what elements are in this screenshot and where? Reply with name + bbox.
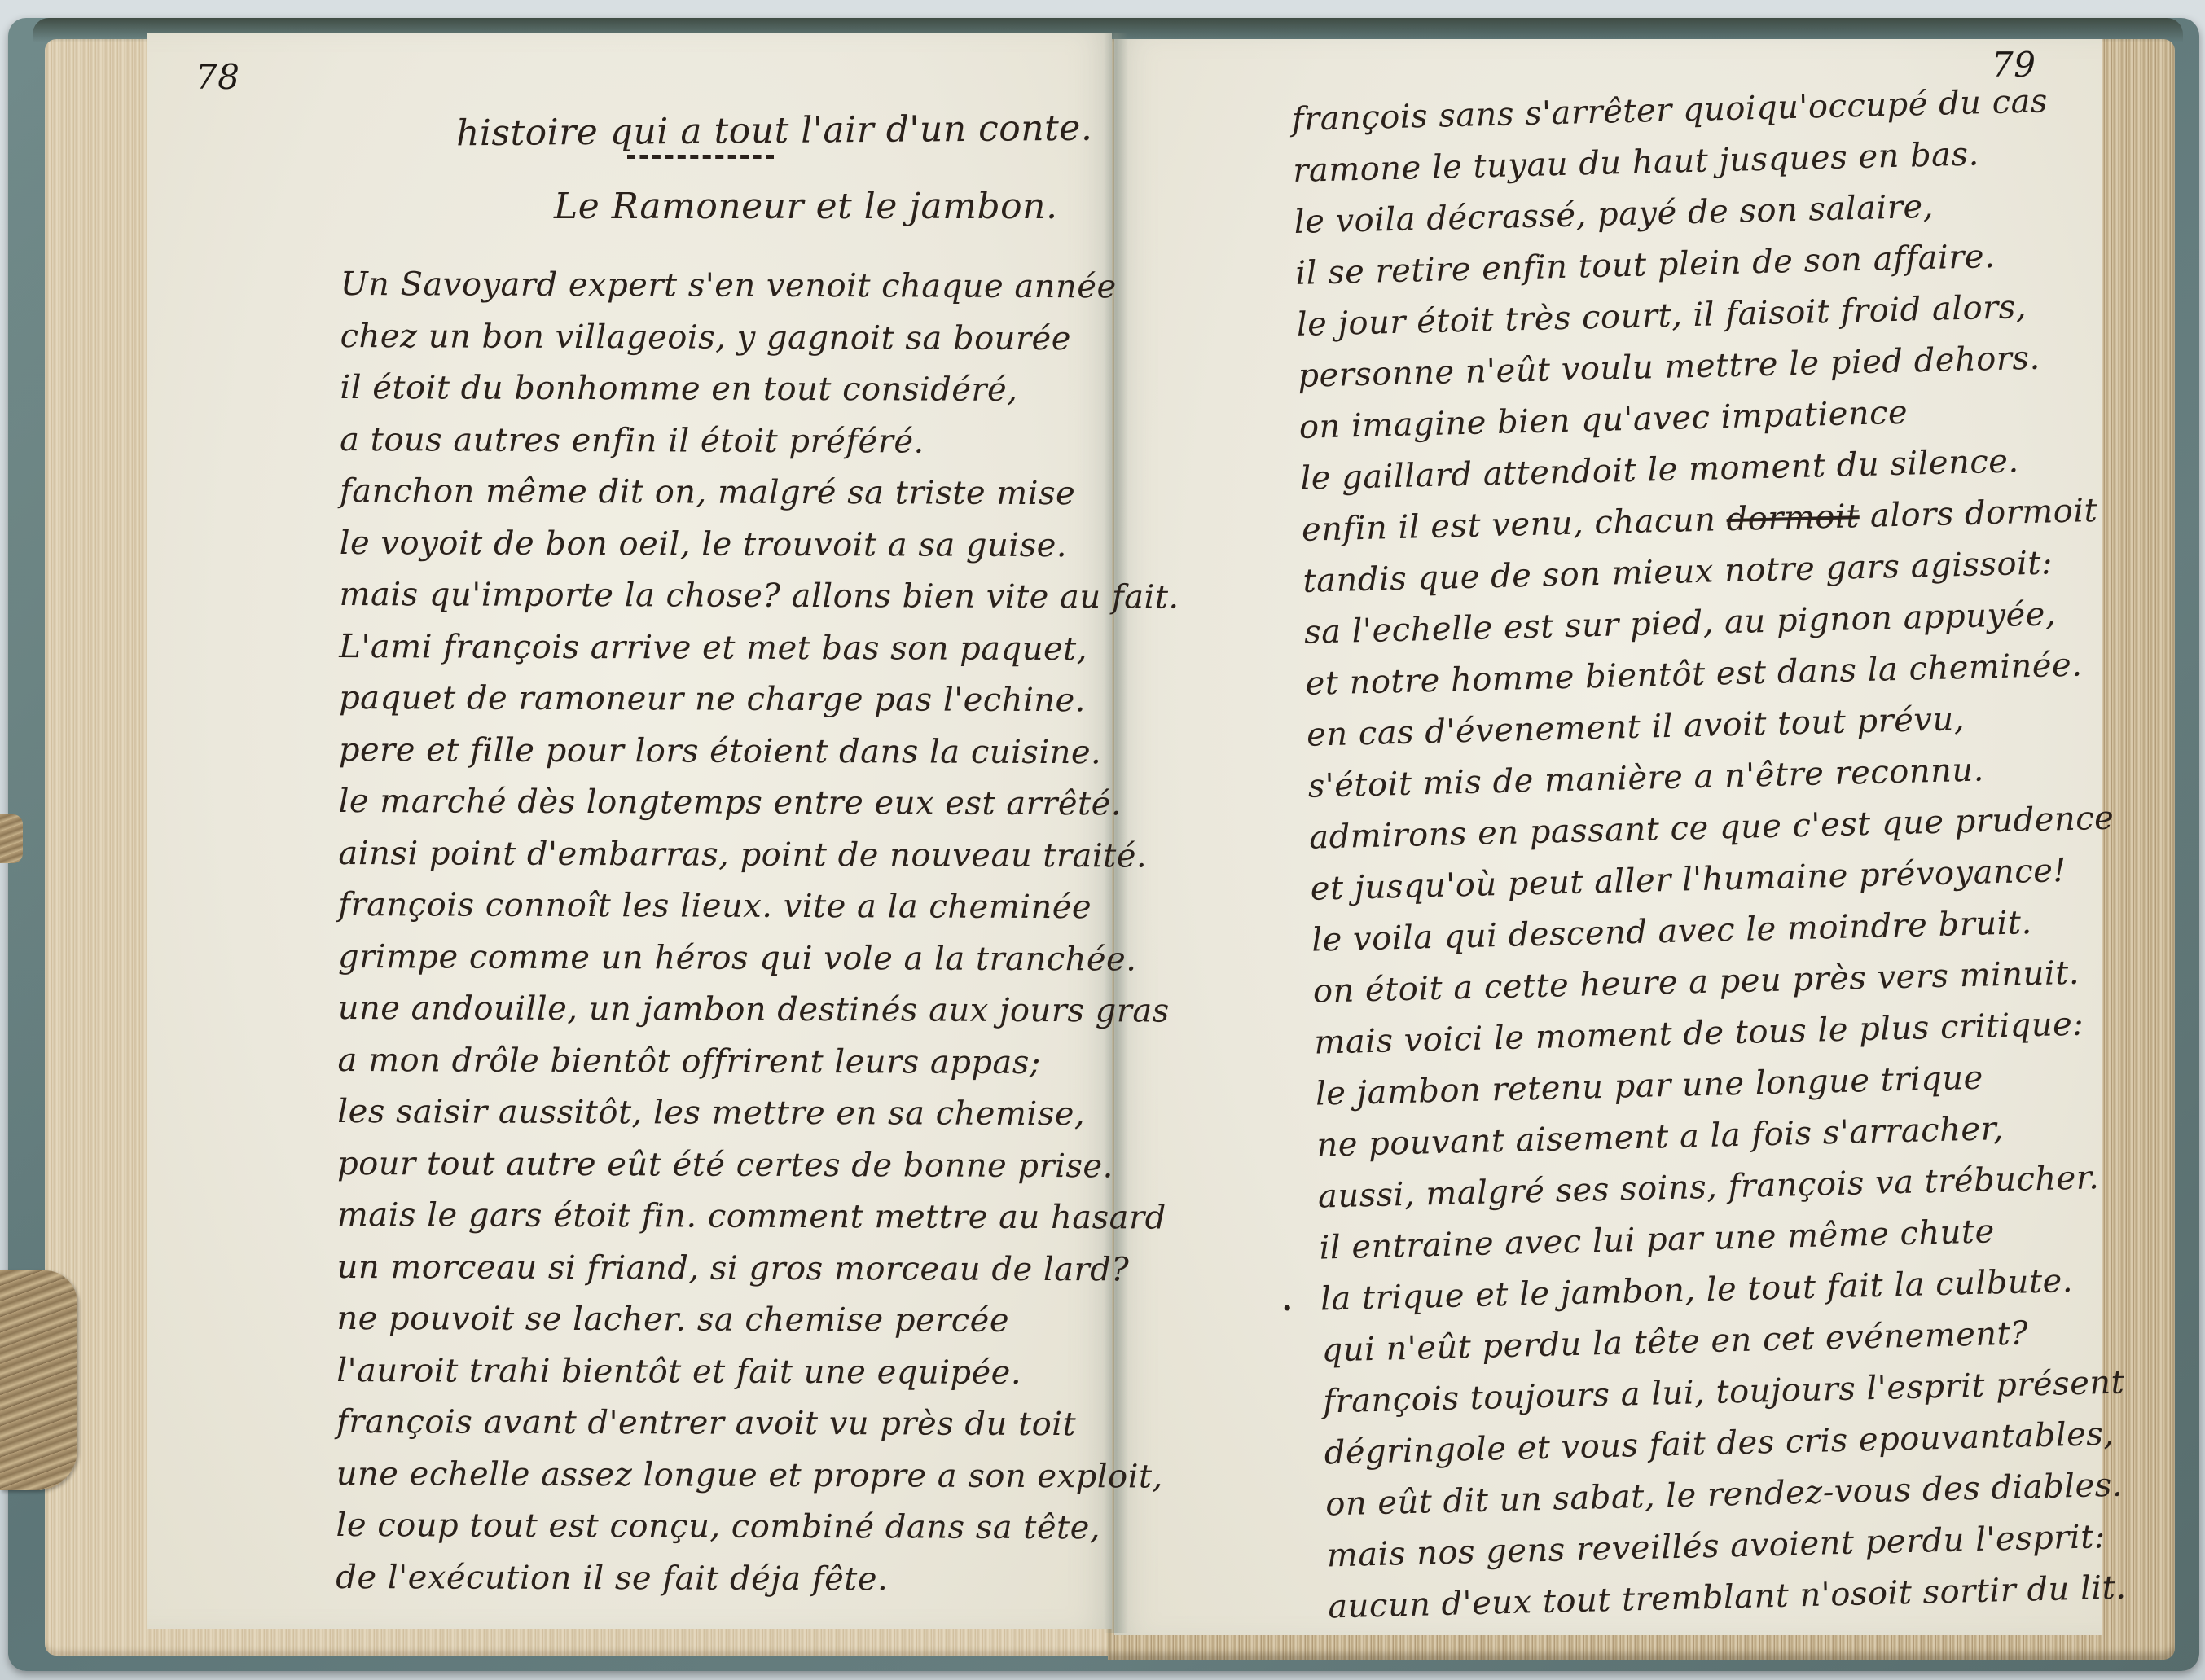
verse-line: le coup tout est conçu, combiné dans sa … [336,1500,1101,1555]
verse-line: fanchon même dit on, malgré sa triste mi… [340,466,1105,520]
verse-line: a mon drôle bientôt offrirent leurs appa… [337,1034,1103,1089]
verse-line: ainsi point d'embarras, point de nouveau… [338,827,1104,882]
left-page-number: 78 [195,57,239,97]
verse-line: françois avant d'entrer avoit vu près du… [336,1397,1102,1451]
verse-line: un morceau si friand, si gros morceau de… [337,1241,1103,1296]
verse-line: françois connoît les lieux. vite a la ch… [338,879,1104,934]
verse-line: de l'exécution il se fait déja fête. [336,1551,1101,1606]
verse-line: ne pouvoit se lacher. sa chemise percée [336,1293,1102,1348]
scanned-book-spread: 78 79 histoire qui a tout l'air d'un con… [0,0,2205,1680]
verse-line: une andouille, un jambon destinés aux jo… [338,983,1104,1037]
verse-line: l'auroit trahi bientôt et fait une equip… [336,1344,1102,1399]
verse-line: le marché dès longtemps entre eux est ar… [339,776,1105,831]
verse-line: L'ami françois arrive et met bas son paq… [339,621,1105,675]
margin-mark: • [1283,1295,1292,1323]
right-page-verse-lines: françois sans s'arrêter quoiqu'occupé du… [1291,75,2135,1634]
verse-line: pere et fille pour lors étoient dans la … [339,724,1105,779]
poem-heading: histoire qui a tout l'air d'un conte. [456,107,1093,155]
verse-line: une echelle assez longue et propre a son… [336,1448,1102,1502]
verse-line: chez un bon villageois, y gagnoit sa bou… [340,310,1106,365]
verse-line: il étoit du bonhomme en tout considéré, [340,362,1105,417]
heading-divider [627,155,774,159]
verse-line: mais qu'importe la chose? allons bien vi… [339,569,1105,624]
poem-title: Le Ramoneur et le jambon. [554,186,1057,227]
verse-line: paquet de ramoneur ne charge pas l'echin… [339,673,1105,727]
binding-cord-top [0,814,23,863]
verse-line: pour tout autre eût été certes de bonne … [337,1138,1103,1192]
verse-line: mais le gars étoit fin. comment mettre a… [337,1190,1103,1244]
verse-line: grimpe comme un héros qui vole a la tran… [338,931,1104,985]
struck-word: dormoit [1726,498,1860,538]
binding-cord-ribbon [0,1270,77,1490]
verse-line: les saisir aussitôt, les mettre en sa ch… [337,1086,1103,1141]
verse-line: le voyoit de bon oeil, le trouvoit a sa … [340,517,1105,572]
verse-line: a tous autres enfin il étoit préféré. [340,414,1105,468]
left-page-verse-lines: Un Savoyard expert s'en venoit chaque an… [336,259,1106,1606]
verse-line: Un Savoyard expert s'en venoit chaque an… [340,259,1106,314]
